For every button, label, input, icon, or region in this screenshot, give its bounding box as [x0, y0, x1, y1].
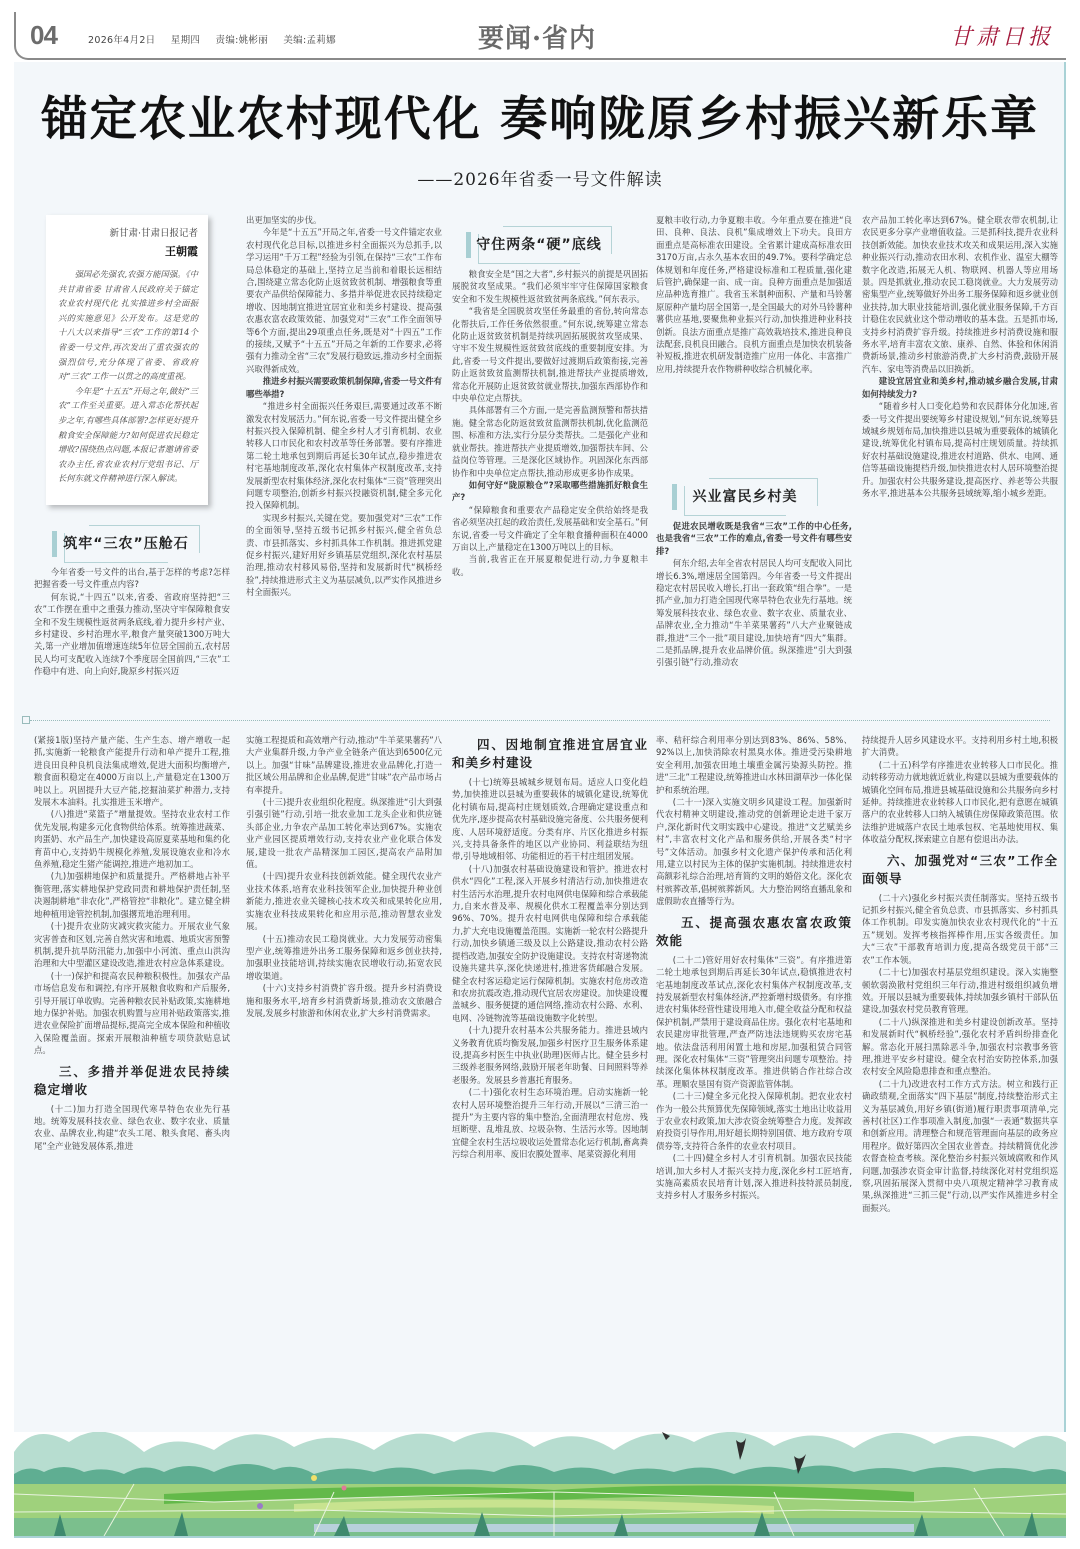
paragraph: 率、秸秆综合利用率分别达到83%、86%、58%、92%以上,加快消除农村黑臭水…	[656, 734, 852, 796]
art-editor: 美编:孟莉娜	[283, 35, 336, 46]
paragraph: (二十二)管好用好农村集体“三资”。有序推进第二轮土地承包到期后再延长30年试点…	[656, 954, 852, 1090]
newspaper-logo: 甘肃日报	[950, 20, 1054, 51]
paragraph: (二十七)加强农村基层党组织建设。深入实施整顿软弱涣散村党组织三年行动,推进村级…	[862, 966, 1058, 1016]
paragraph: 何东介绍,去年全省农村居民人均可支配收入同比增长6.3%,增速居全国第四。今年省…	[656, 557, 852, 669]
paragraph: 今年是“十五五”开局之年,省委一号文件锚定农业农村现代化总目标,以推进乡村全面振…	[246, 226, 442, 375]
subsection-heading: 四、因地制宜推进宜居宜业和美乡村建设	[452, 736, 648, 772]
paragraph: (十四)提升农业科技创新效能。健全现代农业产业技术体系,培育农业科技领军企业,加…	[246, 870, 442, 932]
paragraph: (九)加强耕地保护和质量提升。严格耕地占补平衡管理,落实耕地保护党政同责和耕地保…	[34, 870, 230, 920]
section-title: 要闻·省内	[478, 18, 596, 55]
paragraph: 实现乡村振兴,关键在党。要加强党对“三农”工作的全面领导,坚持五级书记抓乡村振兴…	[246, 512, 442, 599]
paragraph: 出更加坚实的步伐。	[246, 214, 442, 226]
paragraph: (八)推进“菜篮子”增量提效。坚持农业农村工作优先发展,构建多元化食物供给体系。…	[34, 808, 230, 870]
column-5-upper: 农产品加工转化率达到67%。健全联农带农机制,让农民更多分享产业增值收益。三是抓…	[862, 214, 1058, 714]
paragraph: 实施工程提质和高效增产行动,推动“牛羊菜果薯药”八大产业集群升级,力争产业全链条…	[246, 734, 442, 796]
column-5-lower: 持续提升人居乡风建设水平。支持利用乡村土地,积极扩大消费。 (二十五)科学有序推…	[862, 734, 1058, 1430]
paragraph: (十九)提升农村基本公共服务能力。推进县域内义务教育优质均衡发展,加强乡村医疗卫…	[452, 1024, 648, 1086]
paragraph: (二十四)健全乡村人才引育机制。加强农民技能培训,加大乡村人才振兴支持力度,深化…	[656, 1152, 852, 1202]
subheadline: ——2026年省委一号文件解读	[0, 165, 1080, 190]
paragraph: 持续提升人居乡风建设水平。支持利用乡村土地,积极扩大消费。	[862, 734, 1058, 759]
paragraph: 夏粮丰收行动,力争夏粮丰收。今年重点要在推进“良田、良种、良法、良机”集成增效上…	[656, 214, 852, 375]
bottom-rule	[14, 1536, 1066, 1538]
paragraph: (十)提升农业防灾减灾救灾能力。开展农业气象灾害普查和区划,完善自然灾害和地震、…	[34, 920, 230, 970]
paragraph: “随着乡村人口变化趋势和农民群体分化加速,省委一号文件提出要统筹乡村建设规划,”…	[862, 400, 1058, 499]
issue-date: 2026年4月2日	[88, 35, 155, 46]
column-2-lower: 实施工程提质和高效增产行动,推动“牛羊菜果薯药”八大产业集群升级,力争产业全链条…	[246, 734, 442, 1430]
paragraph: (十七)统筹县城城乡规划布局。适应人口变化趋势,加快推进以县城为重要载体的城镇化…	[452, 776, 648, 863]
paragraph: 农产品加工转化率达到67%。健全联农带农机制,让农民更多分享产业增值收益。三是抓…	[862, 214, 1058, 375]
page-number: 04	[30, 20, 57, 51]
paragraph: 如何守好“陇原粮仓”?采取哪些措施抓好粮食生产?	[452, 479, 648, 504]
paragraph: 建设宜居宜业和美乡村,推动城乡融合发展,甘肃如何持续发力?	[862, 375, 1058, 400]
column-4-upper-a: 夏粮丰收行动,力争夏粮丰收。今年重点要在推进“良田、良种、良法、良机”集成增效上…	[656, 214, 852, 464]
paragraph: (十八)加强农村基础设施建设和管护。推进农村供水“四化”工程,深入开展乡村清洁行…	[452, 863, 648, 1024]
paragraph: “推进乡村全面振兴任务艰巨,需要通过改革不断激发农村发展活力。”何东说,省委一号…	[246, 400, 442, 512]
section-divider	[30, 720, 1050, 721]
section-header-label: 兴业富民乡村美	[672, 486, 818, 506]
paragraph: (二十三)健全多元化投入保障机制。把农业农村作为一般公共预算优先保障领域,落实土…	[656, 1090, 852, 1152]
column-1-upper: 今年省委一号文件的出台,基于怎样的考虑?怎样把握省委一号文件重点内容? 何东说,…	[34, 566, 230, 716]
paragraph: (二十)强化农村生态环境治理。启动实施新一轮农村人居环境整治提升三年行动,开展以…	[452, 1086, 648, 1160]
paragraph: (十一)保护和提高农民种粮积极性。加强农产品市场信息发布和调控,有序开展粮食收购…	[34, 970, 230, 1057]
column-2-upper: 出更加坚实的步伐。 今年是“十五五”开局之年,省委一号文件锚定农业农村现代化总目…	[246, 214, 442, 714]
paragraph: (二十八)纵深推进和美乡村建设创新改革。坚持和发展新时代“枫桥经验”,强化农村矛…	[862, 1016, 1058, 1078]
column-3-upper: 粮食安全是“国之大者”,乡村振兴的前提是巩固拓展脱贫攻坚成果。“我们必须牢牢守住…	[452, 268, 648, 714]
paragraph: (二十一)深入实施文明乡风建设工程。加强新时代农村精神文明建设,推动党的创新理论…	[656, 796, 852, 908]
section-header-label: 守住两条“硬”底线	[466, 234, 612, 254]
headline: 锚定农业农村现代化 奏响陇原乡村振兴新乐章	[0, 82, 1080, 149]
intro-box: 新甘肃·甘肃日报记者 王朝霞 强国必先强农,农强方能国强。《中共甘肃省委 甘肃省…	[46, 215, 208, 505]
byline-org: 新甘肃·甘肃日报记者	[58, 225, 198, 239]
section-header-1: 筑牢“三农”压舱石	[52, 525, 200, 563]
issue-meta: 2026年4月2日 星期四 责编:姚彬丽 美编:孟莉娜	[88, 32, 348, 46]
paragraph: 当前,我省正在开展夏粮促进行动,力争夏粮丰收。	[452, 553, 648, 578]
paragraph: (二十六)强化乡村振兴责任制落实。坚持五级书记抓乡村振兴,健全省负总责、市县抓落…	[862, 892, 1058, 966]
column-3-lower: 四、因地制宜推进宜居宜业和美乡村建设 (十七)统筹县城城乡规划布局。适应人口变化…	[452, 730, 648, 1430]
paragraph: 粮食安全是“国之大者”,乡村振兴的前提是巩固拓展脱贫攻坚成果。“我们必须牢牢守住…	[452, 268, 648, 305]
paragraph: (二十五)科学有序推进农业转移人口市民化。推动转移劳动力就地就近就业,构建以县城…	[862, 759, 1058, 846]
column-4-upper-b: 促进农民增收既是我省“三农”工作的中心任务,也是我省“三农”工作的难点,省委一号…	[656, 520, 852, 714]
byline-name: 王朝霞	[58, 243, 198, 259]
rural-landscape-illustration	[14, 1432, 1066, 1536]
section-header-label: 筑牢“三农”压舱石	[52, 533, 200, 553]
paragraph: (十五)推动农民工稳岗就业。大力发展劳动密集型产业,统筹推进外出务工服务保障和返…	[246, 933, 442, 983]
intro-paragraph: 强国必先强农,农强方能国强。《中共甘肃省委 甘肃省人民政府关于锚定农业农村现代化…	[58, 267, 198, 384]
paragraph: 推进乡村振兴需要政策机制保障,省委一号文件有哪些举措?	[246, 375, 442, 400]
paragraph: “我省是全国脱贫攻坚任务最重的省份,转向常态化帮扶后,工作任务依然很重。”何东说…	[452, 305, 648, 404]
subsection-heading: 六、加强党对“三农”工作全面领导	[862, 852, 1058, 888]
paragraph: 具体部署有三个方面,一是完善监测预警和帮扶措施。健全常态化防返贫致贫监测帮扶机制…	[452, 404, 648, 478]
paragraph: 何东说,“十四五”以来,省委、省政府坚持把“三农”工作摆在重中之重强力推动,坚决…	[34, 591, 230, 678]
issue-weekday: 星期四	[171, 35, 200, 46]
paragraph: (十六)支持乡村消费扩容升级。提升乡村消费设施和服务水平,培育乡村消费新场景,推…	[246, 982, 442, 1019]
section-header-2: 守住两条“硬”底线	[466, 226, 612, 264]
column-1-lower: (紧接1版)坚持产量产能、生产生态、增产增收一起抓,实施新一轮粮食产能提升行动和…	[34, 734, 230, 1430]
paragraph: “保障粮食和重要农产品稳定安全供给始终是我省必须坚决扛起的政治责任,发展基础和安…	[452, 504, 648, 554]
editor: 责编:姚彬丽	[216, 35, 269, 46]
subsection-heading: 三、多措并举促进农民持续稳定增收	[34, 1063, 230, 1099]
column-4-lower: 率、秸秆综合利用率分别达到83%、86%、58%、92%以上,加快消除农村黑臭水…	[656, 734, 852, 1430]
paragraph: (二十九)改进农村工作方式方法。树立和践行正确政绩观,全面落实“四下基层”制度,…	[862, 1078, 1058, 1214]
paragraph: (十二)加力打造全国现代寒旱特色农业先行基地。统筹发展科技农业、绿色农业、数字农…	[34, 1103, 230, 1153]
paragraph: (十三)提升农业组织化程度。纵深推进“引大到强引强引链”行动,引培一批农业加工龙…	[246, 796, 442, 870]
paragraph: (紧接1版)坚持产量产能、生产生态、增产增收一起抓,实施新一轮粮食产能提升行动和…	[34, 734, 230, 808]
page-masthead: 04 2026年4月2日 星期四 责编:姚彬丽 美编:孟莉娜 要闻·省内 甘肃日…	[14, 12, 1066, 60]
divider-marker	[22, 716, 30, 724]
paragraph: 今年省委一号文件的出台,基于怎样的考虑?怎样把握省委一号文件重点内容?	[34, 566, 230, 591]
paragraph: 促进农民增收既是我省“三农”工作的中心任务,也是我省“三农”工作的难点,省委一号…	[656, 520, 852, 557]
subsection-heading: 五、提高强农惠农富农政策效能	[656, 914, 852, 950]
section-header-3: 兴业富民乡村美	[672, 478, 818, 516]
intro-paragraph: 今年是“十五五”开局之年,做好“三农”工作至关重要。进入常态化帮扶起步之年,有哪…	[58, 384, 198, 486]
